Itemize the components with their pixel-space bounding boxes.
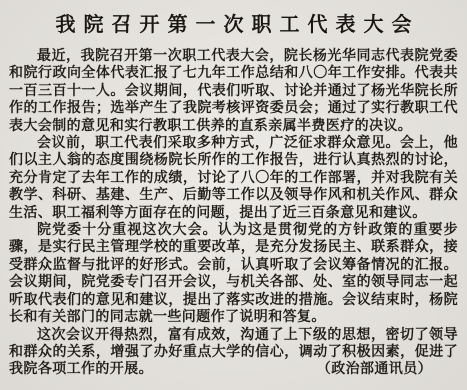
byline: （政治部通讯员） <box>289 361 432 378</box>
paragraph-4: 这次会议开得热烈，富有成效，沟通了上下级的思想，密切了领导和群众的关系，增强了办… <box>9 327 458 379</box>
newspaper-clipping: 我院召开第一次职工代表大会 最近，我院召开第一次职工代表大会，院长杨光华同志代表… <box>0 0 467 390</box>
paragraph-3: 院党委十分重视这次大会。认为这是贯彻党的方针政策的重要步骤，是实行民主管理学校的… <box>9 222 458 326</box>
article: 我院召开第一次职工代表大会 最近，我院召开第一次职工代表大会，院长杨光华同志代表… <box>9 8 458 379</box>
paragraph-1: 最近，我院召开第一次职工代表大会，院长杨光华同志代表院党委和院行政向全体代表汇报… <box>9 48 458 135</box>
article-body: 最近，我院召开第一次职工代表大会，院长杨光华同志代表院党委和院行政向全体代表汇报… <box>9 48 458 379</box>
paragraph-2: 会议前，职工代表们采取多种方式，广泛征求群众意见。会上，他们以主人翁的态度围绕杨… <box>9 135 458 222</box>
article-title: 我院召开第一次职工代表大会 <box>9 8 458 37</box>
